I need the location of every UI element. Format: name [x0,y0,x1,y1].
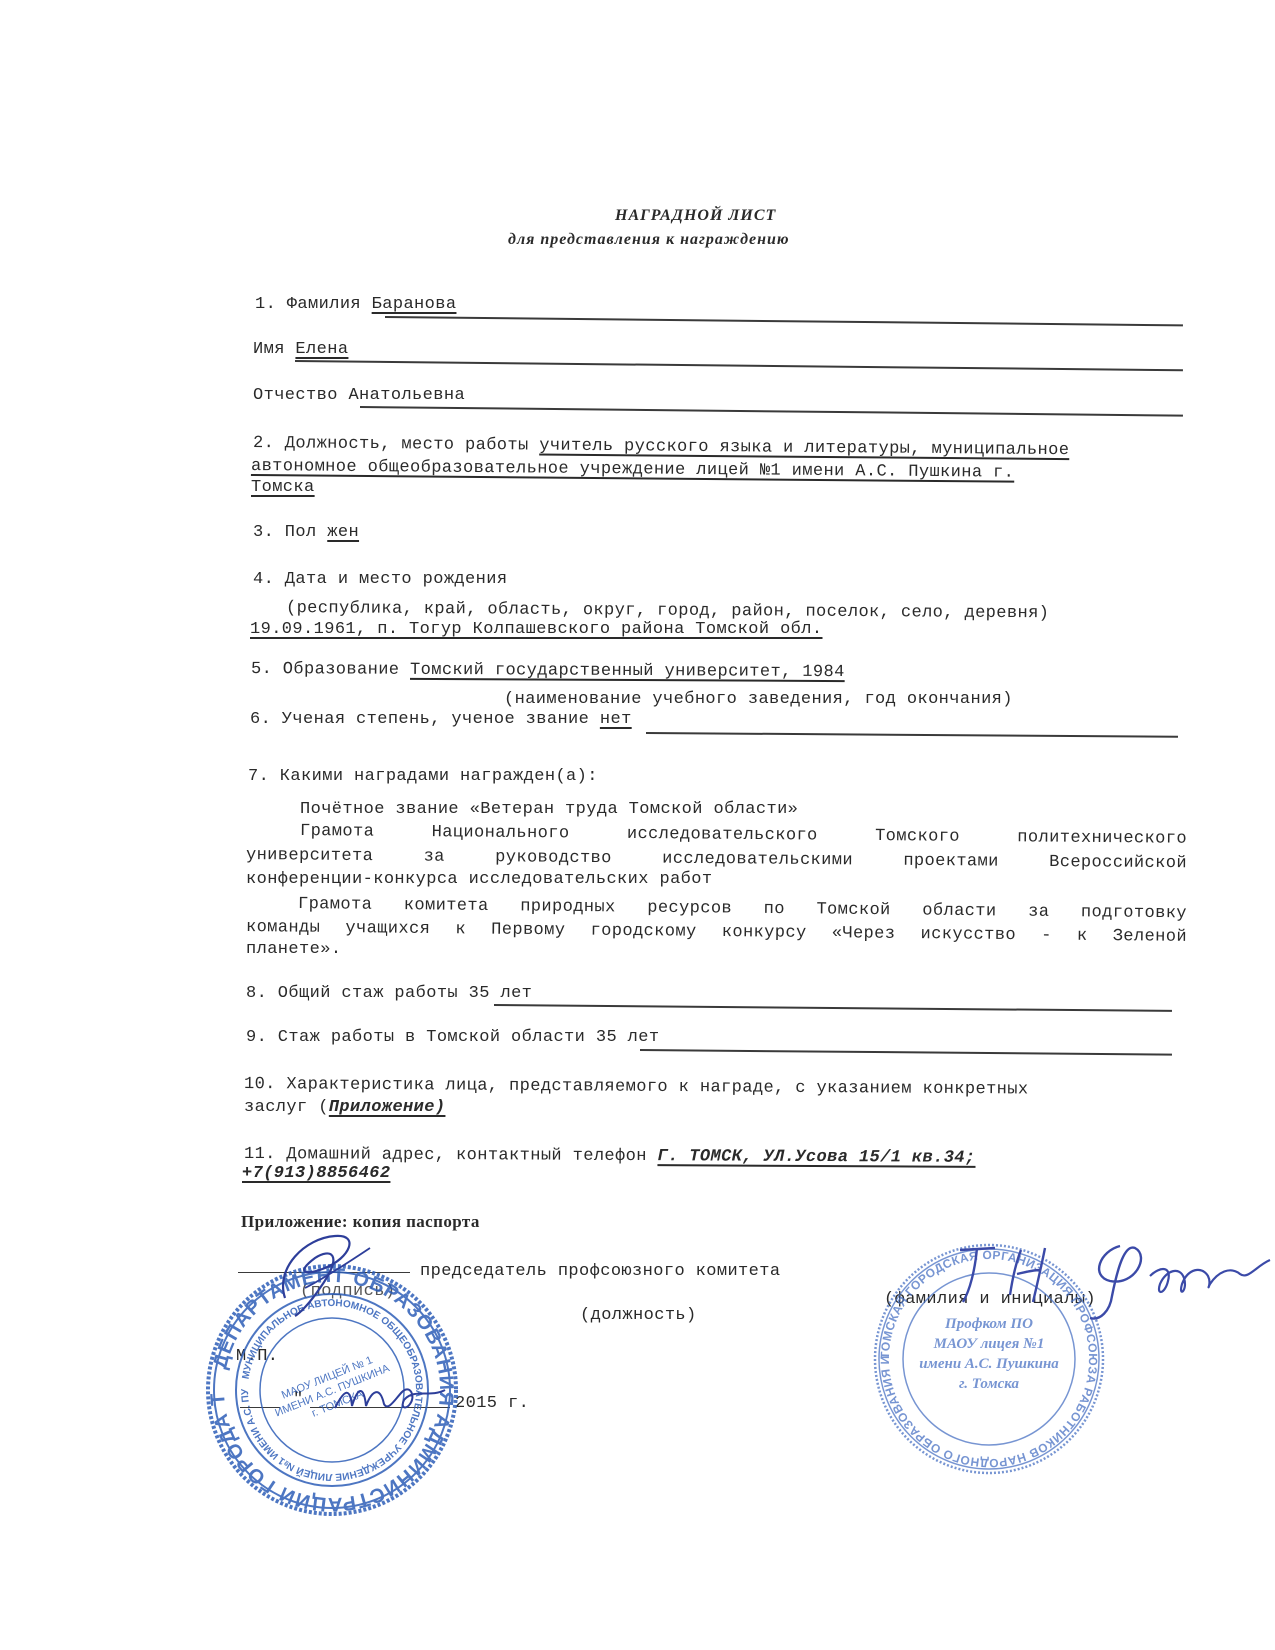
document-subtitle: для представления к награждению [508,230,790,250]
field-total-experience-value: 35 лет [469,984,533,1003]
field-characteristics-label-2: заслуг ( [244,1098,329,1117]
field-regional-experience-label: 9. Стаж работы в Томской области [246,1028,585,1047]
handwritten-signature-left-date [330,1378,450,1418]
field-patronymic-line [360,406,1183,417]
field-total-experience: 8. Общий стаж работы 35 лет [246,984,532,1004]
position-hint: (должность) [580,1306,697,1326]
svg-text:МАОУ лицея №1: МАОУ лицея №1 [933,1336,1045,1352]
field-regional-experience-value: 35 лет [596,1028,660,1047]
field-birth-value: 19.09.1961, п. Тогур Колпашевского район… [250,620,823,640]
field-regional-experience: 9. Стаж работы в Томской области 35 лет [246,1028,660,1048]
field-awards-label: 7. Какими наградами награжден(а): [248,767,598,787]
award-2-line-3: конференции-конкурса исследовательских р… [246,870,712,890]
field-position-label: 2. Должность, место работы [253,434,529,455]
award-3-line-3: планете». [246,940,341,960]
field-name-line [295,360,1183,371]
field-birth-label: 4. Дата и место рождения [253,570,507,590]
field-total-experience-label: 8. Общий стаж работы [246,984,458,1003]
field-regional-experience-line [640,1049,1172,1056]
field-surname: 1. Фамилия Баранова [255,295,456,315]
field-address-label: 11. Домашний адрес, контактный телефон [244,1145,647,1166]
field-education-value: Томский государственный университет, 198… [410,661,845,682]
field-position-value-1: учитель русского языка и литературы, мун… [539,436,1069,460]
field-education-label: 5. Образование [251,660,400,680]
handwritten-signature-right-surname [1080,1236,1275,1326]
field-total-experience-line [494,1004,1172,1012]
field-degree-label: 6. Ученая степень, ученое звание [250,710,589,729]
field-name-value: Елена [295,340,348,359]
field-education: 5. Образование Томский государственный у… [251,660,845,683]
field-characteristics-line-2: заслуг (Приложение) [244,1098,445,1118]
field-position: 2. Должность, место работы учитель русск… [253,434,1070,461]
field-patronymic-value: Анатольевна [348,386,465,405]
field-address-value: Г. ТОМСК, УЛ.Усова 15/1 кв.34; [657,1147,975,1168]
field-characteristics-value: Приложение) [329,1098,446,1117]
field-position-value-3: Томска [251,478,315,498]
field-education-hint: (наименование учебного заведения, год ок… [504,690,1013,710]
date-year: 2015 г. [455,1394,529,1414]
signer-position: председатель профсоюзного комитета [420,1262,780,1282]
field-degree-value: нет [600,710,632,729]
award-sheet-page: НАГРАДНОЙ ЛИСТ для представления к награ… [0,0,1275,1650]
handwritten-signature-right-initials [955,1240,1055,1310]
field-name: Имя Елена [253,340,348,360]
handwritten-signature-left-top [265,1228,375,1318]
svg-text:Профком ПО: Профком ПО [944,1316,1033,1332]
svg-text:имени А.С. Пушкина: имени А.С. Пушкина [919,1356,1059,1372]
field-sex-value: жен [327,523,359,542]
field-surname-line [385,316,1183,326]
field-sex-label: 3. Пол [253,523,317,542]
field-phone-value: +7(913)8856462 [242,1164,390,1184]
field-degree-line [646,732,1178,738]
award-1: Почётное звание «Ветеран труда Томской о… [300,800,798,820]
svg-text:г. Томска: г. Томска [959,1376,1020,1392]
field-degree: 6. Ученая степень, ученое звание нет [250,710,632,730]
field-characteristics-label-1: 10. Характеристика лица, представляемого… [244,1075,1029,1100]
document-title: НАГРАДНОЙ ЛИСТ [615,206,776,226]
field-position-value-2: автономное общеобразовательное учреждени… [251,457,1014,484]
award-2-line-1: Грамота Национального исследовательского… [300,822,1187,850]
field-sex: 3. Пол жен [253,523,359,543]
field-name-label: Имя [253,340,285,359]
field-surname-label: 1. Фамилия [255,295,361,314]
field-surname-value: Баранова [372,295,457,314]
field-patronymic-label: Отчество [253,386,338,405]
field-patronymic: Отчество Анатольевна [253,386,465,406]
